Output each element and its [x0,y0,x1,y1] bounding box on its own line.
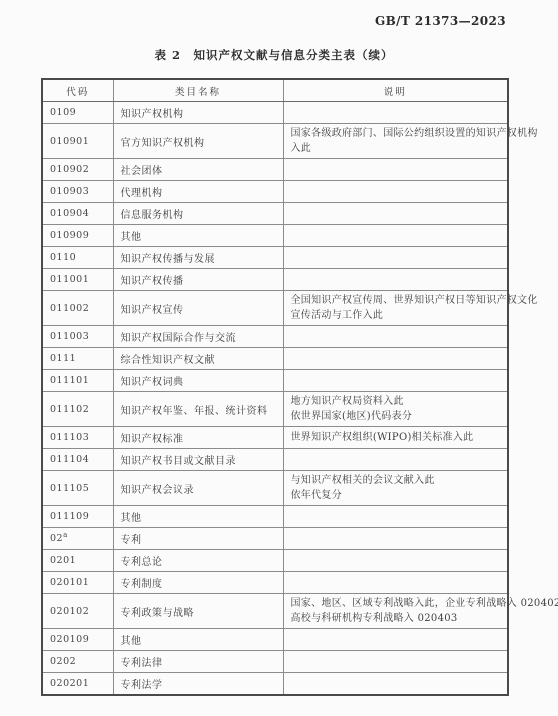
document-page: GB/T 21373—2023 表 2 知识产权文献与信息分类主表（续） 代码 … [0,0,558,716]
name-cell: 综合性知识产权文献 [113,348,283,370]
table-row: 011002 知识产权宣传 全国知识产权宣传周、世界知识产权日等知识产权文化宣传… [42,291,508,326]
name-cell: 知识产权年鉴、年报、统计资料 [113,392,283,427]
name-cell: 知识产权国际合作与交流 [113,326,283,348]
table-row: 011003 知识产权国际合作与交流 [42,326,508,348]
desc-cell: 全国知识产权宣传周、世界知识产权日等知识产权文化宣传活动与工作入此 [283,291,508,326]
desc-cell [283,572,508,594]
desc-cell [283,651,508,673]
code-cell: 011104 [42,449,113,471]
table-row: 020109 其他 [42,629,508,651]
code-cell: 011102 [42,392,113,427]
desc-cell [283,550,508,572]
table-row: 011103 知识产权标准 世界知识产权组织(WIPO)相关标准入此 [42,427,508,449]
name-cell: 知识产权书目或文献目录 [113,449,283,471]
desc-cell: 世界知识产权组织(WIPO)相关标准入此 [283,427,508,449]
code-cell: 011105 [42,471,113,506]
standard-number: GB/T 21373—2023 [375,14,506,28]
desc-cell [283,159,508,181]
table-row: 011105 知识产权会议录 与知识产权相关的会议文献入此依年代复分 [42,471,508,506]
name-cell: 知识产权传播 [113,269,283,291]
name-cell: 专利 [113,528,283,550]
desc-cell [283,102,508,124]
table-row: 011101 知识产权词典 [42,370,508,392]
column-header-code: 代码 [42,79,113,102]
table-row: 010902 社会团体 [42,159,508,181]
code-cell: 011001 [42,269,113,291]
table-row: 011104 知识产权书目或文献目录 [42,449,508,471]
column-header-desc: 说明 [283,79,508,102]
code-cell: 0110 [42,247,113,269]
desc-cell [283,326,508,348]
table-row: 020201 专利法学 [42,673,508,696]
desc-cell [283,225,508,247]
code-cell: 010902 [42,159,113,181]
desc-cell [283,181,508,203]
name-cell: 其他 [113,225,283,247]
table-row: 0201 专利总论 [42,550,508,572]
desc-cell [283,203,508,225]
name-cell: 知识产权传播与发展 [113,247,283,269]
name-cell: 知识产权词典 [113,370,283,392]
desc-cell [283,506,508,528]
code-cell: 020109 [42,629,113,651]
table-row: 011001 知识产权传播 [42,269,508,291]
table-title: 表 2 知识产权文献与信息分类主表（续） [41,47,507,63]
code-cell: 011003 [42,326,113,348]
column-header-name: 类目名称 [113,79,283,102]
table-header-row: 代码 类目名称 说明 [42,79,508,102]
table-row: 02a 专利 [42,528,508,550]
code-cell: 011109 [42,506,113,528]
table-row: 010904 信息服务机构 [42,203,508,225]
desc-cell: 国家各级政府部门、国际公约组织设置的知识产权机构入此 [283,124,508,159]
name-cell: 专利法学 [113,673,283,696]
name-cell: 知识产权机构 [113,102,283,124]
table-row: 0110 知识产权传播与发展 [42,247,508,269]
desc-cell [283,629,508,651]
table-row: 020101 专利制度 [42,572,508,594]
name-cell: 专利制度 [113,572,283,594]
code-cell: 010909 [42,225,113,247]
desc-cell [283,269,508,291]
code-cell: 020201 [42,673,113,696]
name-cell: 代理机构 [113,181,283,203]
desc-cell [283,247,508,269]
code-cell: 011103 [42,427,113,449]
name-cell: 专利总论 [113,550,283,572]
table-row: 010909 其他 [42,225,508,247]
name-cell: 知识产权标准 [113,427,283,449]
code-cell: 02a [42,528,113,550]
desc-cell: 国家、地区、区域专利战略入此，企业专利战略入 020402，高校与科研机构专利战… [283,594,508,629]
code-cell: 0111 [42,348,113,370]
desc-cell: 地方知识产权局资料入此依世界国家(地区)代码表分 [283,392,508,427]
code-cell: 020102 [42,594,113,629]
desc-cell [283,449,508,471]
name-cell: 其他 [113,506,283,528]
table-row: 0109 知识产权机构 [42,102,508,124]
name-cell: 知识产权会议录 [113,471,283,506]
table-row: 0111 综合性知识产权文献 [42,348,508,370]
table-row: 011102 知识产权年鉴、年报、统计资料 地方知识产权局资料入此依世界国家(地… [42,392,508,427]
table-row: 010901 官方知识产权机构 国家各级政府部门、国际公约组织设置的知识产权机构… [42,124,508,159]
name-cell: 其他 [113,629,283,651]
desc-cell [283,673,508,696]
name-cell: 社会团体 [113,159,283,181]
code-cell: 011002 [42,291,113,326]
desc-cell [283,348,508,370]
desc-cell: 与知识产权相关的会议文献入此依年代复分 [283,471,508,506]
code-cell: 010901 [42,124,113,159]
table-row: 011109 其他 [42,506,508,528]
code-cell: 010903 [42,181,113,203]
desc-cell [283,370,508,392]
code-cell: 020101 [42,572,113,594]
code-cell: 0109 [42,102,113,124]
name-cell: 官方知识产权机构 [113,124,283,159]
name-cell: 知识产权宣传 [113,291,283,326]
name-cell: 专利法律 [113,651,283,673]
code-cell: 0202 [42,651,113,673]
code-cell: 0201 [42,550,113,572]
name-cell: 信息服务机构 [113,203,283,225]
classification-table: 代码 类目名称 说明 0109 知识产权机构 010901 官方知识产权机构 国… [41,78,509,696]
table-row: 020102 专利政策与战略 国家、地区、区域专利战略入此，企业专利战略入 02… [42,594,508,629]
table-row: 0202 专利法律 [42,651,508,673]
code-cell: 011101 [42,370,113,392]
name-cell: 专利政策与战略 [113,594,283,629]
table-row: 010903 代理机构 [42,181,508,203]
code-cell: 010904 [42,203,113,225]
classification-table-body: 0109 知识产权机构 010901 官方知识产权机构 国家各级政府部门、国际公… [42,102,508,696]
desc-cell [283,528,508,550]
